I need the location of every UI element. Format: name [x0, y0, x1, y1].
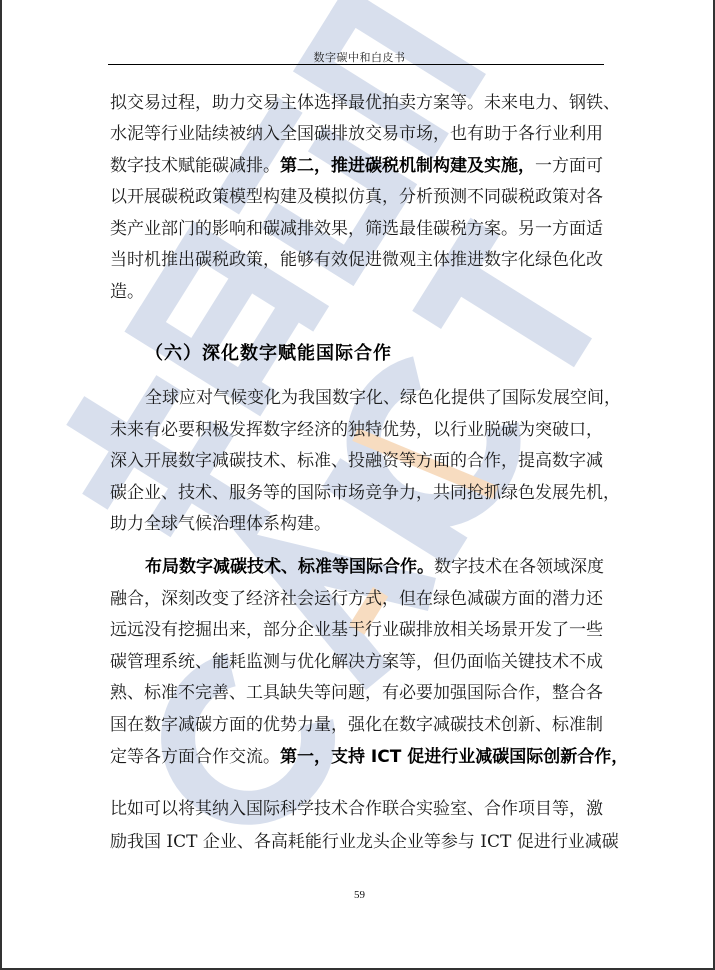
para1-line-1: 拟交易过程，助力交易主体选择最优拍卖方案等。未来电力、钢铁、	[110, 91, 598, 115]
text-segment: 碳管理系统、能耗监测与优化解决方案等，但仍面临关键技术不成	[110, 652, 603, 672]
text-segment: 类产业部门的影响和碳减排效果，筛选最佳碳税方案。另一方面适	[110, 219, 603, 239]
text-segment: 深入开展数字减碳技术、标准、投融资等方面的合作，提高数字减	[110, 451, 603, 471]
para2-line-5: 助力全球气候治理体系构建。	[110, 512, 598, 536]
para1-line-7: 造。	[110, 280, 598, 304]
para3-line-6: 国在数字减碳方面的优势力量，强化在数字减碳技术创新、标准制	[110, 713, 598, 737]
para2-line-3: 深入开展数字减碳技术、标准、投融资等方面的合作，提高数字减	[110, 449, 598, 473]
para3-line-3: 远远没有挖掘出来，部分企业基于行业碳排放相关场景开发了一些	[110, 618, 598, 642]
para3-line-9: 励我国 ICT 企业、各高耗能行业龙头企业等参与 ICT 促进行业减碳	[110, 830, 598, 854]
text-segment: 碳企业、技术、服务等的国际市场竞争力，共同抢抓绿色发展先机，	[110, 483, 620, 503]
text-segment: 定等各方面合作交流。	[110, 747, 280, 767]
text-segment: 数字技术在各领域深度	[434, 557, 604, 577]
text-segment: 比如可以将其纳入国际科学技术合作联合实验室、合作项目等，激	[110, 799, 603, 819]
page-number: 59	[2, 889, 715, 901]
text-segment: 熟、标准不完善、工具缺失等问题，有必要加强国际合作，整合各	[110, 683, 603, 703]
para3-line-4: 碳管理系统、能耗监测与优化解决方案等，但仍面临关键技术不成	[110, 650, 598, 674]
text-segment: 造。	[110, 282, 144, 302]
bold-text-segment: 第二，推进碳税机制构建及实施，	[280, 156, 535, 176]
text-segment: 以开展碳税政策模型构建及模拟仿真，分析预测不同碳税政策对各	[110, 187, 603, 207]
para1-line-4: 以开展碳税政策模型构建及模拟仿真，分析预测不同碳税政策对各	[110, 185, 598, 209]
section-heading: （六）深化数字赋能国际合作	[145, 339, 392, 365]
para1-line-6: 当时机推出碳税政策，能够有效促进微观主体推进数字化绿色化改	[110, 248, 598, 272]
document-page: 数字碳中和白皮书 拟交易过程，助力交易主体选择最优拍卖方案等。未来电力、钢铁、 …	[0, 0, 715, 970]
para2-line-1: 全球应对气候变化为我国数字化、绿色化提供了国际发展空间，	[145, 386, 598, 410]
text-segment: 水泥等行业陆续被纳入全国碳排放交易市场，也有助于各行业利用	[110, 124, 603, 144]
text-segment: 全球应对气候变化为我国数字化、绿色化提供了国际发展空间，	[145, 388, 621, 408]
para3-line-1: 布局数字减碳技术、标准等国际合作。数字技术在各领域深度	[145, 555, 598, 579]
para2-line-4: 碳企业、技术、服务等的国际市场竞争力，共同抢抓绿色发展先机，	[110, 481, 598, 505]
para1-line-5: 类产业部门的影响和碳减排效果，筛选最佳碳税方案。另一方面适	[110, 217, 598, 241]
text-segment: 数字技术赋能碳减排。	[110, 156, 280, 176]
text-segment: 未来有必要积极发挥数字经济的独特优势，以行业脱碳为突破口，	[110, 420, 603, 440]
text-segment: 远远没有挖掘出来，部分企业基于行业碳排放相关场景开发了一些	[110, 620, 603, 640]
text-segment: 励我国 ICT 企业、各高耗能行业龙头企业等参与 ICT 促进行业减碳	[110, 832, 619, 852]
bold-text-segment: 布局数字减碳技术、标准等国际合作。	[145, 557, 434, 577]
text-segment: 助力全球气候治理体系构建。	[110, 514, 331, 534]
para3-line-8: 比如可以将其纳入国际科学技术合作联合实验室、合作项目等，激	[110, 797, 598, 821]
text-segment: 当时机推出碳税政策，能够有效促进微观主体推进数字化绿色化改	[110, 250, 603, 270]
para3-line-2: 融合，深刻改变了经济社会运行方式，但在绿色减碳方面的潜力还	[110, 587, 598, 611]
bold-text-segment: 第一，支持 ICT 促进行业减碳国际创新合作，	[280, 747, 628, 767]
text-segment: 一方面可	[535, 156, 603, 176]
para2-line-2: 未来有必要积极发挥数字经济的独特优势，以行业脱碳为突破口，	[110, 418, 598, 442]
text-segment: 融合，深刻改变了经济社会运行方式，但在绿色减碳方面的潜力还	[110, 589, 603, 609]
para1-line-2: 水泥等行业陆续被纳入全国碳排放交易市场，也有助于各行业利用	[110, 122, 598, 146]
para3-line-5: 熟、标准不完善、工具缺失等问题，有必要加强国际合作，整合各	[110, 681, 598, 705]
running-header-title: 数字碳中和白皮书	[2, 49, 715, 65]
text-segment: 国在数字减碳方面的优势力量，强化在数字减碳技术创新、标准制	[110, 715, 603, 735]
para1-line-3: 数字技术赋能碳减排。第二，推进碳税机制构建及实施，一方面可	[110, 154, 598, 178]
header-rule-divider	[108, 64, 604, 65]
text-segment: 拟交易过程，助力交易主体选择最优拍卖方案等。未来电力、钢铁、	[110, 93, 620, 113]
para3-line-7: 定等各方面合作交流。第一，支持 ICT 促进行业减碳国际创新合作，	[110, 745, 598, 769]
